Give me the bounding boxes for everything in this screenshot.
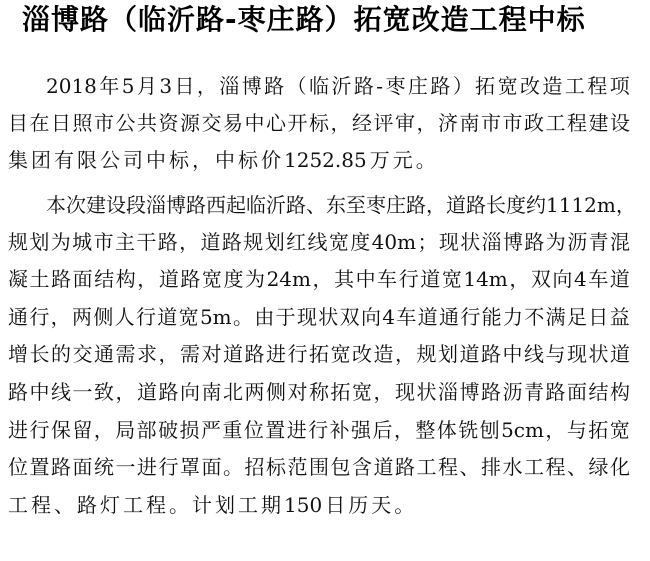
glyph: 。 (169, 491, 189, 519)
glyph: 道 (420, 265, 440, 293)
glyph: 博 (460, 378, 480, 406)
glyph: 枣 (366, 191, 386, 219)
glyph: 结 (94, 265, 114, 293)
glyph: 道 (610, 265, 630, 293)
glyph: 、 (306, 191, 326, 219)
glyph: 月 (137, 72, 157, 100)
glyph: 24m (267, 265, 311, 293)
glyph: 对 (288, 378, 308, 406)
glyph: 位 (8, 453, 28, 481)
glyph: 改 (352, 340, 372, 368)
glyph: 司 (123, 146, 143, 174)
glyph: 庄 (386, 191, 406, 219)
glyph: 沂 (266, 191, 286, 219)
glyph: 路 (546, 378, 566, 406)
glyph: 需 (180, 340, 200, 368)
glyph: 市 (503, 109, 523, 137)
glyph: 线 (51, 378, 71, 406)
glyph: 人 (115, 303, 135, 331)
glyph: 向 (361, 303, 381, 331)
glyph: 淄 (438, 378, 458, 406)
glyph: 淄 (482, 228, 502, 256)
glyph: 博 (503, 228, 523, 256)
text-line: 路中线一致，道路向南北两侧对称拓宽，现状淄博路沥青路面结构 (8, 378, 630, 406)
glyph: 日 (325, 491, 345, 519)
glyph: 造 (542, 72, 562, 100)
glyph: ， (331, 109, 351, 137)
glyph: 整 (415, 416, 435, 444)
glyph: 程 (567, 109, 587, 137)
glyph: 足 (567, 303, 587, 331)
glyph: 划 (29, 228, 49, 256)
glyph: 道 (610, 340, 630, 368)
glyph: 严 (201, 416, 221, 444)
glyph: 路 (354, 72, 374, 100)
glyph: 城 (72, 228, 92, 256)
glyph: 为 (546, 228, 566, 256)
glyph: 包 (331, 453, 351, 481)
glyph: ， (616, 191, 636, 219)
glyph: 期 (261, 491, 281, 519)
glyph: 补 (330, 416, 350, 444)
glyph: 公 (116, 109, 136, 137)
glyph: 满 (546, 303, 566, 331)
glyph: 评 (374, 109, 394, 137)
glyph: 工 (565, 72, 585, 100)
glyph: 淄 (219, 72, 239, 100)
glyph: ； (417, 228, 437, 256)
glyph: 称 (309, 378, 329, 406)
glyph: 行 (136, 303, 156, 331)
glyph: 不 (524, 303, 544, 331)
glyph: 度 (223, 265, 243, 293)
glyph: 围 (309, 453, 329, 481)
glyph: 路 (51, 453, 71, 481)
text-line: 进行保留，局部破损严重位置进行补强后，整体铣刨5cm，与拓宽 (8, 416, 630, 444)
glyph: 现 (297, 303, 317, 331)
glyph: 水 (503, 453, 523, 481)
glyph: 沥 (503, 378, 523, 406)
glyph: 、 (567, 453, 587, 481)
glyph: 。 (416, 146, 436, 174)
glyph: 破 (158, 416, 178, 444)
glyph: ， (395, 340, 415, 368)
glyph: 沂 (331, 72, 351, 100)
glyph: ） (453, 72, 473, 100)
glyph: 一 (73, 378, 93, 406)
glyph: 其 (334, 265, 354, 293)
glyph: 沥 (567, 228, 587, 256)
glyph: 划 (215, 491, 235, 519)
glyph: 14m (463, 265, 507, 293)
glyph: 灯 (100, 491, 120, 519)
glyph: 主 (115, 228, 135, 256)
glyph: 交 (202, 109, 222, 137)
glyph: ， (179, 228, 199, 256)
glyph: 路 (8, 378, 28, 406)
glyph: 的 (51, 340, 71, 368)
glyph: 局 (115, 416, 135, 444)
glyph: 路 (286, 191, 306, 219)
glyph: 土 (30, 265, 50, 293)
glyph: 构 (610, 378, 630, 406)
glyph: 致 (94, 378, 114, 406)
glyph: 进 (287, 416, 307, 444)
glyph: 淄 (146, 191, 166, 219)
glyph: 集 (8, 146, 28, 174)
glyph: 日 (588, 303, 608, 331)
glyph: 项 (610, 72, 630, 100)
glyph: 对 (202, 340, 222, 368)
glyph: 4 (574, 265, 587, 293)
glyph: 本 (46, 191, 66, 219)
glyph: 至 (346, 191, 366, 219)
glyph: ， (374, 378, 394, 406)
glyph: 现 (395, 378, 415, 406)
glyph: 统 (94, 453, 114, 481)
glyph: 道 (418, 303, 438, 331)
glyph: 铣 (458, 416, 478, 444)
glyph: 博 (242, 72, 262, 100)
glyph: 线 (524, 340, 544, 368)
glyph: 双 (340, 303, 360, 331)
glyph: 1112m (546, 191, 616, 219)
glyph: 开 (288, 109, 308, 137)
glyph: 历 (348, 491, 368, 519)
glyph: 150 (284, 491, 322, 519)
glyph: ， (192, 146, 212, 174)
text-line: 位置路面统一进行罩面。招标范围包含道路工程、排水工程、绿化 (8, 453, 630, 481)
glyph: 行 (308, 416, 328, 444)
glyph: 划 (438, 340, 458, 368)
glyph: 增 (8, 340, 28, 368)
glyph: 工 (524, 453, 544, 481)
glyph: 设 (610, 109, 630, 137)
glyph: 宽 (498, 72, 518, 100)
glyph: 3 (159, 72, 172, 100)
glyph: 照 (73, 109, 93, 137)
glyph: 程 (546, 453, 566, 481)
glyph: 通 (8, 303, 28, 331)
glyph: 保 (51, 416, 71, 444)
glyph: 工 (8, 491, 28, 519)
glyph: 日 (174, 72, 194, 100)
glyph: 长 (30, 340, 50, 368)
glyph: 长 (486, 191, 506, 219)
glyph: 起 (226, 191, 246, 219)
glyph: 市 (94, 109, 114, 137)
glyph: 车 (377, 265, 397, 293)
glyph: 道 (201, 228, 221, 256)
glyph: 置 (30, 453, 50, 481)
glyph: 道 (223, 340, 243, 368)
glyph: 拓 (309, 340, 329, 368)
glyph: 化 (610, 453, 630, 481)
glyph: 公 (100, 146, 120, 174)
glyph: 度 (350, 228, 370, 256)
glyph: 改 (520, 72, 540, 100)
glyph: 行 (29, 303, 49, 331)
glyph: 路 (159, 378, 179, 406)
glyph: 有 (54, 146, 74, 174)
glyph: 济 (438, 109, 458, 137)
glyph: 由 (254, 303, 274, 331)
glyph: ， (426, 191, 446, 219)
glyph: 面 (73, 453, 93, 481)
glyph: 中 (503, 340, 523, 368)
glyph: 5m (200, 303, 232, 331)
glyph: 路 (264, 72, 284, 100)
glyph: 中 (146, 146, 166, 174)
glyph: 宽 (179, 303, 199, 331)
glyph: 程 (146, 491, 166, 519)
glyph: 凝 (8, 265, 28, 293)
glyph: 中 (356, 265, 376, 293)
glyph: 规 (417, 340, 437, 368)
glyph: 程 (587, 72, 607, 100)
glyph: 面 (202, 453, 222, 481)
glyph: 道 (137, 378, 157, 406)
glyph: 心 (266, 109, 286, 137)
glyph: 拓 (331, 378, 351, 406)
glyph: 度 (506, 191, 526, 219)
glyph: 罩 (180, 453, 200, 481)
glyph: 宽 (352, 378, 372, 406)
glyph: 红 (286, 228, 306, 256)
glyph: 路 (222, 228, 242, 256)
glyph: ， (509, 265, 529, 293)
glyph: 状 (589, 340, 609, 368)
glyph: 干 (136, 228, 156, 256)
glyph: 体 (437, 416, 457, 444)
glyph: 道 (446, 191, 466, 219)
glyph: 双 (531, 265, 551, 293)
glyph: 审 (395, 109, 415, 137)
glyph: 招 (245, 453, 265, 481)
glyph: 强 (351, 416, 371, 444)
glyph: 划 (265, 228, 285, 256)
glyph: 宽 (202, 265, 222, 293)
glyph: 宽 (610, 416, 630, 444)
glyph: 40m (372, 228, 416, 256)
glyph: ， (197, 72, 217, 100)
glyph: 向 (180, 378, 200, 406)
glyph: 部 (137, 416, 157, 444)
glyph: 于 (276, 303, 296, 331)
glyph: ， (394, 416, 414, 444)
glyph: 标 (169, 146, 189, 174)
glyph: ， (545, 416, 565, 444)
glyph: 结 (589, 378, 609, 406)
glyph: 市 (481, 109, 501, 137)
glyph: 混 (610, 228, 630, 256)
glyph: 、 (460, 453, 480, 481)
glyph: 重 (222, 416, 242, 444)
glyph: 工 (546, 109, 566, 137)
text-line: 集团有限公司中标，中标价1252.85万元。 (8, 146, 630, 174)
glyph: 万 (370, 146, 390, 174)
glyph: 路 (158, 228, 178, 256)
glyph: 路 (186, 191, 206, 219)
glyph: 道 (374, 453, 394, 481)
text-line: 规划为城市主干路，道路规划红线宽度40m；现状淄博路为沥青混 (8, 228, 630, 256)
glyph: 日 (51, 109, 71, 137)
glyph: 行 (460, 303, 480, 331)
glyph: 南 (460, 109, 480, 137)
glyph: 路 (481, 378, 501, 406)
glyph: 西 (206, 191, 226, 219)
text-line: 本次建设段淄博路西起临沂路、东至枣庄路，道路长度约1112m， (46, 191, 630, 219)
glyph: 状 (460, 228, 480, 256)
glyph: 工 (238, 491, 258, 519)
glyph: 宽 (442, 265, 462, 293)
glyph: 博 (166, 191, 186, 219)
glyph: 线 (307, 228, 327, 256)
glyph: 庄 (408, 72, 428, 100)
glyph: 为 (245, 265, 265, 293)
glyph: 需 (116, 340, 136, 368)
glyph: 、 (54, 491, 74, 519)
glyph: 段 (126, 191, 146, 219)
glyph: 行 (399, 265, 419, 293)
glyph: 含 (352, 453, 372, 481)
glyph: 位 (244, 416, 264, 444)
glyph: 拓 (475, 72, 495, 100)
glyph: 面 (73, 265, 93, 293)
glyph: 进 (137, 453, 157, 481)
glyph: 侧 (93, 303, 113, 331)
glyph: 路 (430, 72, 450, 100)
glyph: 团 (31, 146, 51, 174)
glyph: 车 (396, 303, 416, 331)
glyph: 排 (481, 453, 501, 481)
glyph: 青 (524, 378, 544, 406)
glyph: 状 (417, 378, 437, 406)
glyph: 与 (567, 416, 587, 444)
glyph: 拓 (588, 416, 608, 444)
glyph: 向 (552, 265, 572, 293)
glyph: 建 (589, 109, 609, 137)
glyph: 天 (371, 491, 391, 519)
text-line: 工程、路灯工程。计划工期150日历天。 (8, 491, 630, 519)
glyph: 两 (72, 303, 92, 331)
glyph: 留 (72, 416, 92, 444)
glyph: 枣 (385, 72, 405, 100)
glyph: 能 (482, 303, 502, 331)
glyph: 。 (233, 303, 253, 331)
glyph: 益 (610, 303, 630, 331)
glyph: （ (287, 72, 307, 100)
glyph: 5 (122, 72, 135, 100)
glyph: 2018 (46, 72, 97, 100)
glyph: 易 (223, 109, 243, 137)
glyph: 规 (8, 228, 28, 256)
glyph: 限 (77, 146, 97, 174)
glyph: 。 (223, 453, 243, 481)
text-line: 2018年5月3日，淄博路（临沂路-枣庄路）拓宽改造工程项 (46, 72, 630, 100)
glyph: ， (313, 265, 333, 293)
glyph: 中 (245, 109, 265, 137)
glyph: 现 (567, 340, 587, 368)
text-line: 目在日照市公共资源交易中心开标，经评审，济南市市政工程建设 (8, 109, 630, 137)
glyph: 一 (116, 453, 136, 481)
glyph: 力 (503, 303, 523, 331)
glyph: 通 (94, 340, 114, 368)
glyph: ， (137, 265, 157, 293)
glyph: 道 (159, 265, 179, 293)
glyph: 行 (159, 453, 179, 481)
glyph: 工 (417, 453, 437, 481)
glyph: 范 (288, 453, 308, 481)
glyph: 价 (261, 146, 281, 174)
glyph: 青 (589, 228, 609, 256)
glyph: 行 (288, 340, 308, 368)
glyph: 年 (99, 72, 119, 100)
glyph: 损 (180, 416, 200, 444)
glyph: 标 (266, 453, 286, 481)
glyph: 进 (8, 416, 28, 444)
glyph: 两 (245, 378, 265, 406)
glyph: 工 (123, 491, 143, 519)
glyph: 刨 (480, 416, 500, 444)
glyph: 程 (31, 491, 51, 519)
glyph: 路 (245, 340, 265, 368)
glyph: 源 (180, 109, 200, 137)
glyph: 4 (382, 303, 395, 331)
glyph: 置 (265, 416, 285, 444)
glyph: 标 (238, 146, 258, 174)
glyph: 元 (393, 146, 413, 174)
glyph: 路 (77, 491, 97, 519)
glyph: - (376, 72, 383, 100)
glyph: 约 (526, 191, 546, 219)
text-line: 通行，两侧人行道宽5m。由于现状双向4车道通行能力不满足日益 (8, 303, 630, 331)
glyph: 行 (29, 416, 49, 444)
glyph: 路 (481, 340, 501, 368)
glyph: 临 (246, 191, 266, 219)
glyph: 现 (439, 228, 459, 256)
glyph: 在 (30, 109, 50, 137)
glyph: 计 (192, 491, 212, 519)
glyph: 中 (30, 378, 50, 406)
glyph: 南 (202, 378, 222, 406)
glyph: 市 (94, 228, 114, 256)
glyph: 为 (51, 228, 71, 256)
glyph: 绿 (589, 453, 609, 481)
glyph: 交 (73, 340, 93, 368)
article-title: 淄博路（临沂路-枣庄路）拓宽改造工程中标 (22, 2, 632, 38)
glyph: 进 (266, 340, 286, 368)
glyph: 造 (374, 340, 394, 368)
glyph: 车 (588, 265, 608, 293)
glyph: 5cm (501, 416, 544, 444)
glyph: 规 (243, 228, 263, 256)
glyph: 资 (159, 109, 179, 137)
glyph: 政 (524, 109, 544, 137)
glyph: 。 (394, 491, 414, 519)
glyph: 建 (86, 191, 106, 219)
glyph: 目 (8, 109, 28, 137)
glyph: 求 (137, 340, 157, 368)
glyph: 构 (116, 265, 136, 293)
glyph: 路 (406, 191, 426, 219)
glyph: ， (417, 109, 437, 137)
glyph: ， (159, 340, 179, 368)
glyph: 临 (309, 72, 329, 100)
glyph: 经 (352, 109, 372, 137)
glyph: 路 (466, 191, 486, 219)
glyph: 路 (51, 265, 71, 293)
